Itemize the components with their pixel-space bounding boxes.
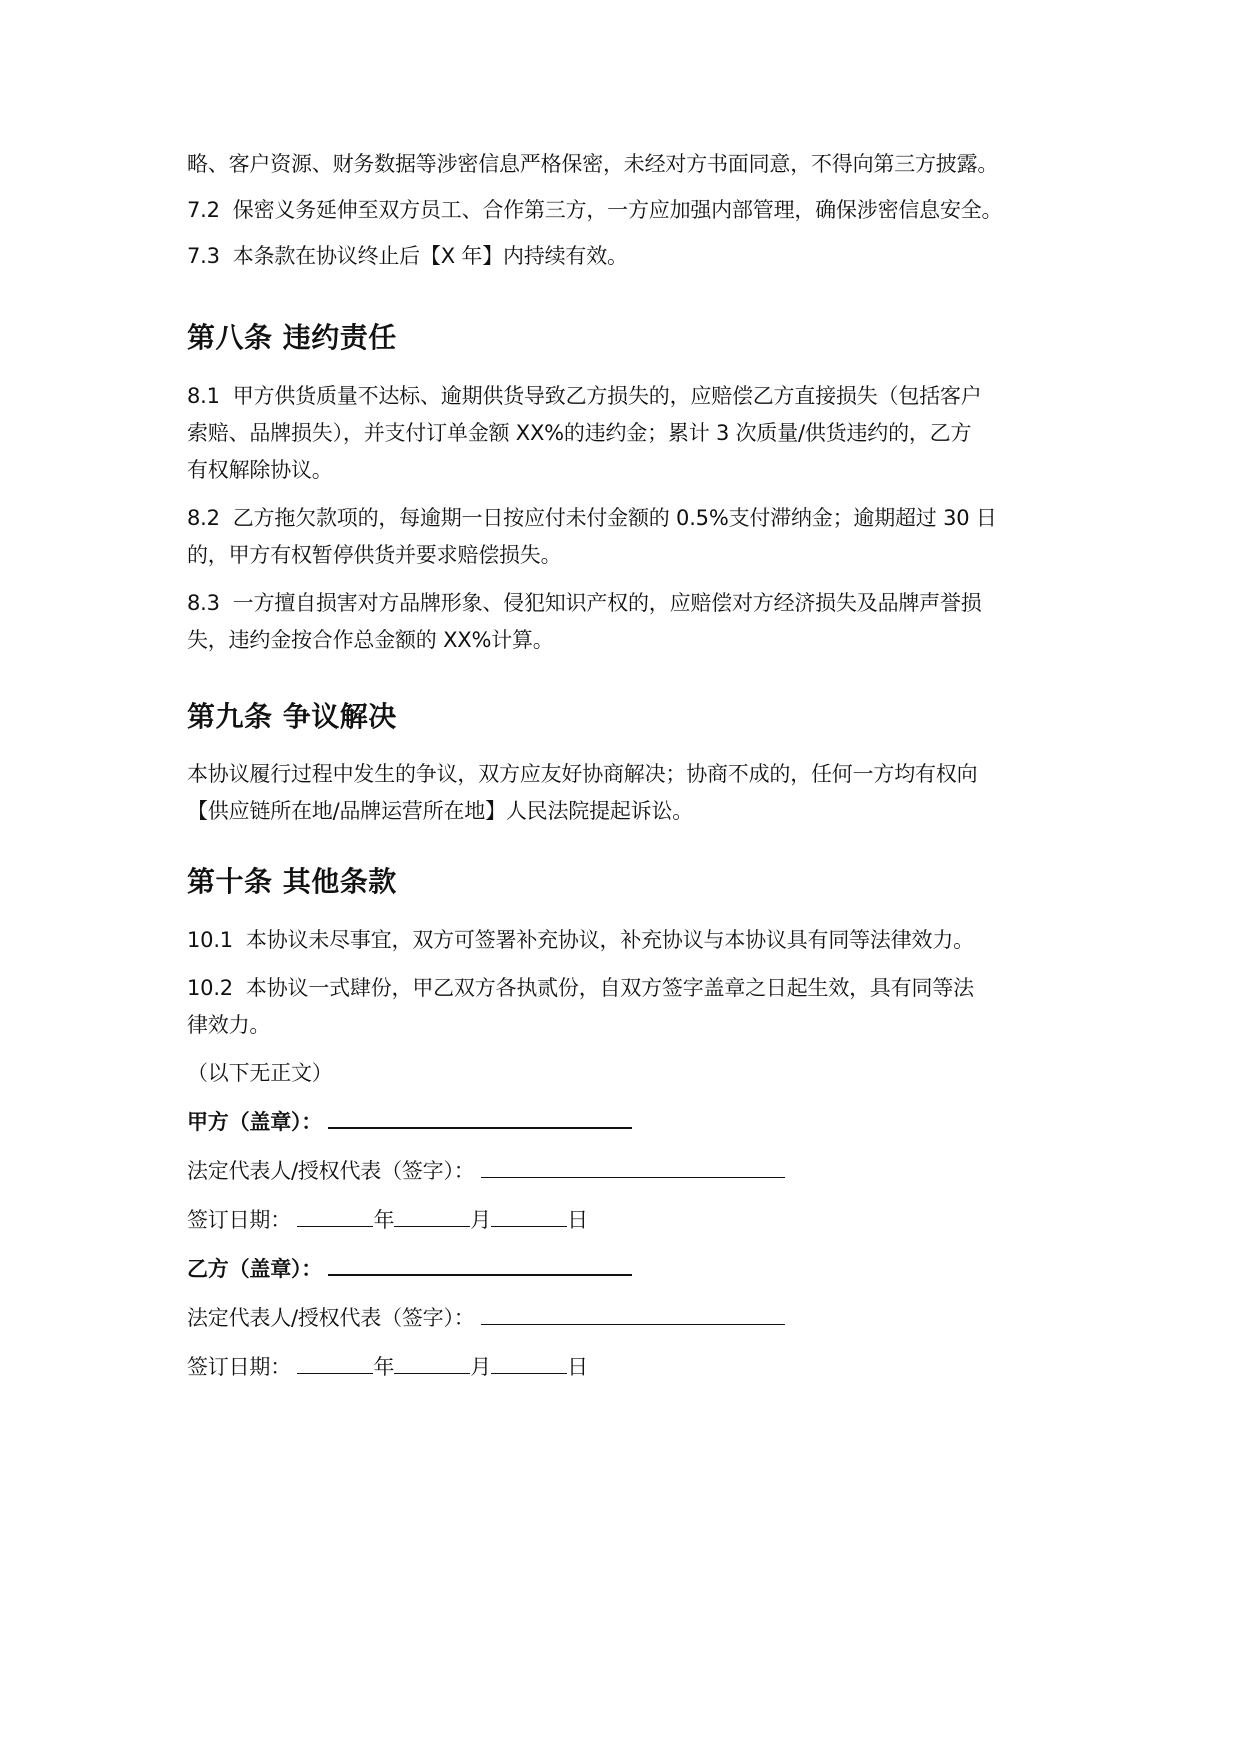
- clause-8-2-line1: 8.2 乙方拖欠款项的，每逾期一日按应付未付金额的 0.5%支付滞纳金；逾期超过…: [187, 500, 1057, 537]
- party-b-date-row: 签订日期： 年月日: [187, 1349, 1057, 1386]
- clause-7-2: 7.2 保密义务延伸至双方员工、合作第三方，一方应加强内部管理，确保涉密信息安全…: [187, 192, 1057, 229]
- clause-8-1-line3: 有权解除协议。: [187, 452, 1057, 489]
- clause-number: 10.2: [187, 976, 233, 1000]
- clause-number: 7.3: [187, 244, 220, 268]
- article8-heading: 第八条 违约责任: [187, 318, 397, 358]
- party-b-seal-row: 乙方（盖章）：: [187, 1251, 1057, 1288]
- end-note: （以下无正文）: [187, 1055, 1057, 1092]
- clause-number: 10.1: [187, 928, 233, 952]
- clause-text: 本协议未尽事宜，双方可签署补充协议，补充协议与本协议具有同等法律效力。: [246, 928, 974, 952]
- article9-line1: 本协议履行过程中发生的争议，双方应友好协商解决；协商不成的，任何一方均有权向: [187, 756, 1057, 793]
- clause-8-1-line2: 索赔、品牌损失），并支付订单金额 XX%的违约金；累计 3 次质量/供货违约的，…: [187, 415, 1057, 452]
- party-b-date-label: 签订日期：: [187, 1355, 291, 1379]
- article10-heading: 第十条 其他条款: [187, 862, 397, 902]
- party-b-seal-field[interactable]: [328, 1256, 632, 1276]
- party-a-year-field[interactable]: [297, 1208, 373, 1227]
- clause-10-2-line2: 律效力。: [187, 1007, 1057, 1044]
- clause-7-3: 7.3 本条款在协议终止后【X 年】内持续有效。: [187, 238, 1057, 275]
- clause-8-3-line1: 8.3 一方擅自损害对方品牌形象、侵犯知识产权的，应赔偿对方经济损失及品牌声誉损: [187, 585, 1057, 622]
- clause-text: 本协议一式肆份，甲乙双方各执贰份，自双方签字盖章之日起生效，具有同等法: [246, 976, 974, 1000]
- party-a-rep-label: 法定代表人/授权代表（签字）：: [187, 1159, 475, 1183]
- month-label: 月: [470, 1355, 491, 1379]
- party-a-seal-row: 甲方（盖章）：: [187, 1104, 1057, 1141]
- article9-line2: 【供应链所在地/品牌运营所在地】人民法院提起诉讼。: [187, 793, 1057, 830]
- clause-number: 8.3: [187, 591, 220, 615]
- party-a-seal-field[interactable]: [328, 1109, 632, 1129]
- party-a-day-field[interactable]: [491, 1208, 567, 1227]
- article7-continuation: 略、客户资源、财务数据等涉密信息严格保密，未经对方书面同意，不得向第三方披露。: [187, 146, 1057, 183]
- party-a-date-label: 签订日期：: [187, 1208, 291, 1232]
- clause-number: 8.2: [187, 506, 220, 530]
- party-a-rep-row: 法定代表人/授权代表（签字）：: [187, 1153, 1057, 1190]
- party-b-rep-signature-field[interactable]: [481, 1306, 785, 1325]
- clause-text: 本条款在协议终止后【X 年】内持续有效。: [233, 244, 628, 268]
- month-label: 月: [470, 1208, 491, 1232]
- party-b-rep-label: 法定代表人/授权代表（签字）：: [187, 1306, 475, 1330]
- clause-text: 甲方供货质量不达标、逾期供货导致乙方损失的，应赔偿乙方直接损失（包括客户: [233, 384, 982, 408]
- party-a-month-field[interactable]: [394, 1208, 470, 1227]
- party-a-date-row: 签订日期： 年月日: [187, 1202, 1057, 1239]
- party-a-seal-label: 甲方（盖章）：: [187, 1110, 322, 1134]
- party-b-day-field[interactable]: [491, 1355, 567, 1374]
- party-b-rep-row: 法定代表人/授权代表（签字）：: [187, 1300, 1057, 1337]
- clause-number: 7.2: [187, 198, 220, 222]
- clause-8-2-line2: 的，甲方有权暂停供货并要求赔偿损失。: [187, 537, 1057, 574]
- year-label: 年: [373, 1208, 394, 1232]
- party-b-year-field[interactable]: [297, 1355, 373, 1374]
- party-a-rep-signature-field[interactable]: [481, 1159, 785, 1178]
- year-label: 年: [373, 1355, 394, 1379]
- clause-8-3-line2: 失，违约金按合作总金额的 XX%计算。: [187, 622, 1057, 659]
- day-label: 日: [567, 1355, 588, 1379]
- article9-heading: 第九条 争议解决: [187, 697, 397, 737]
- party-b-month-field[interactable]: [394, 1355, 470, 1374]
- clause-10-1: 10.1 本协议未尽事宜，双方可签署补充协议，补充协议与本协议具有同等法律效力。: [187, 922, 1057, 959]
- clause-text: 保密义务延伸至双方员工、合作第三方，一方应加强内部管理，确保涉密信息安全。: [233, 198, 1003, 222]
- clause-text: 乙方拖欠款项的，每逾期一日按应付未付金额的 0.5%支付滞纳金；逾期超过 30 …: [233, 506, 997, 530]
- clause-text: 一方擅自损害对方品牌形象、侵犯知识产权的，应赔偿对方经济损失及品牌声誉损: [233, 591, 982, 615]
- party-b-seal-label: 乙方（盖章）：: [187, 1257, 322, 1281]
- clause-8-1-line1: 8.1 甲方供货质量不达标、逾期供货导致乙方损失的，应赔偿乙方直接损失（包括客户: [187, 378, 1057, 415]
- clause-number: 8.1: [187, 384, 220, 408]
- day-label: 日: [567, 1208, 588, 1232]
- clause-10-2-line1: 10.2 本协议一式肆份，甲乙双方各执贰份，自双方签字盖章之日起生效，具有同等法: [187, 970, 1057, 1007]
